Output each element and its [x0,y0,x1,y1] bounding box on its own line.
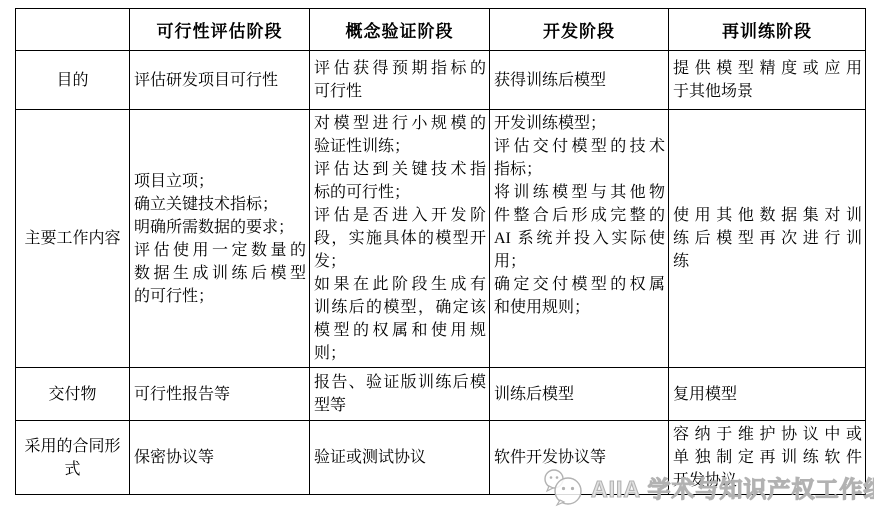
cell-work-retraining: 使用其他数据集对训练后模型再次进行训练 [669,110,866,368]
ai-model-stage-comparison-table: 可行性评估阶段 概念验证阶段 开发阶段 再训练阶段 目的 评估研发项目可行性 评… [15,8,866,495]
cell-work-feasibility: 项目立项；确立关键技术指标；明确所需数据的要求；评估使用一定数量的数据生成训练后… [130,110,310,368]
row-label-contract-form: 采用的合同形式 [16,421,130,495]
cell-contract-feasibility: 保密协议等 [130,421,310,495]
cell-deliverables-feasibility: 可行性报告等 [130,368,310,421]
watermark: AIIA 学术与知识产权工作组 [540,467,874,507]
row-label-purpose: 目的 [16,51,130,110]
table-row-main-work: 主要工作内容 项目立项；确立关键技术指标；明确所需数据的要求；评估使用一定数量的… [16,110,866,368]
header-cell-retraining-stage: 再训练阶段 [669,9,866,51]
watermark-text: AIIA 学术与知识产权工作组 [591,471,874,504]
cell-deliverables-retraining: 复用模型 [669,368,866,421]
cell-purpose-development: 获得训练后模型 [490,51,669,110]
cell-purpose-feasibility: 评估研发项目可行性 [130,51,310,110]
cell-contract-poc: 验证或测试协议 [310,421,490,495]
cell-work-development: 开发训练模型；评估交付模型的技术指标；将训练模型与其他物件整合后形成完整的AI … [490,110,669,368]
cell-work-poc: 对模型进行小规模的验证性训练；评估达到关键技术指标的可行性；评估是否进入开发阶段… [310,110,490,368]
header-cell-blank [16,9,130,51]
cell-purpose-retraining: 提供模型精度或应用于其他场景 [669,51,866,110]
table-row-deliverables: 交付物 可行性报告等 报告、验证版训练后模型等 训练后模型 复用模型 [16,368,866,421]
table-header-row: 可行性评估阶段 概念验证阶段 开发阶段 再训练阶段 [16,9,866,51]
cell-deliverables-poc: 报告、验证版训练后模型等 [310,368,490,421]
header-cell-feasibility-stage: 可行性评估阶段 [130,9,310,51]
table-row-purpose: 目的 评估研发项目可行性 评估获得预期指标的可行性 获得训练后模型 提供模型精度… [16,51,866,110]
row-label-main-work: 主要工作内容 [16,110,130,368]
wechat-icon [540,467,586,507]
row-label-deliverables: 交付物 [16,368,130,421]
cell-purpose-poc: 评估获得预期指标的可行性 [310,51,490,110]
cell-deliverables-development: 训练后模型 [490,368,669,421]
header-cell-development-stage: 开发阶段 [490,9,669,51]
header-cell-poc-stage: 概念验证阶段 [310,9,490,51]
